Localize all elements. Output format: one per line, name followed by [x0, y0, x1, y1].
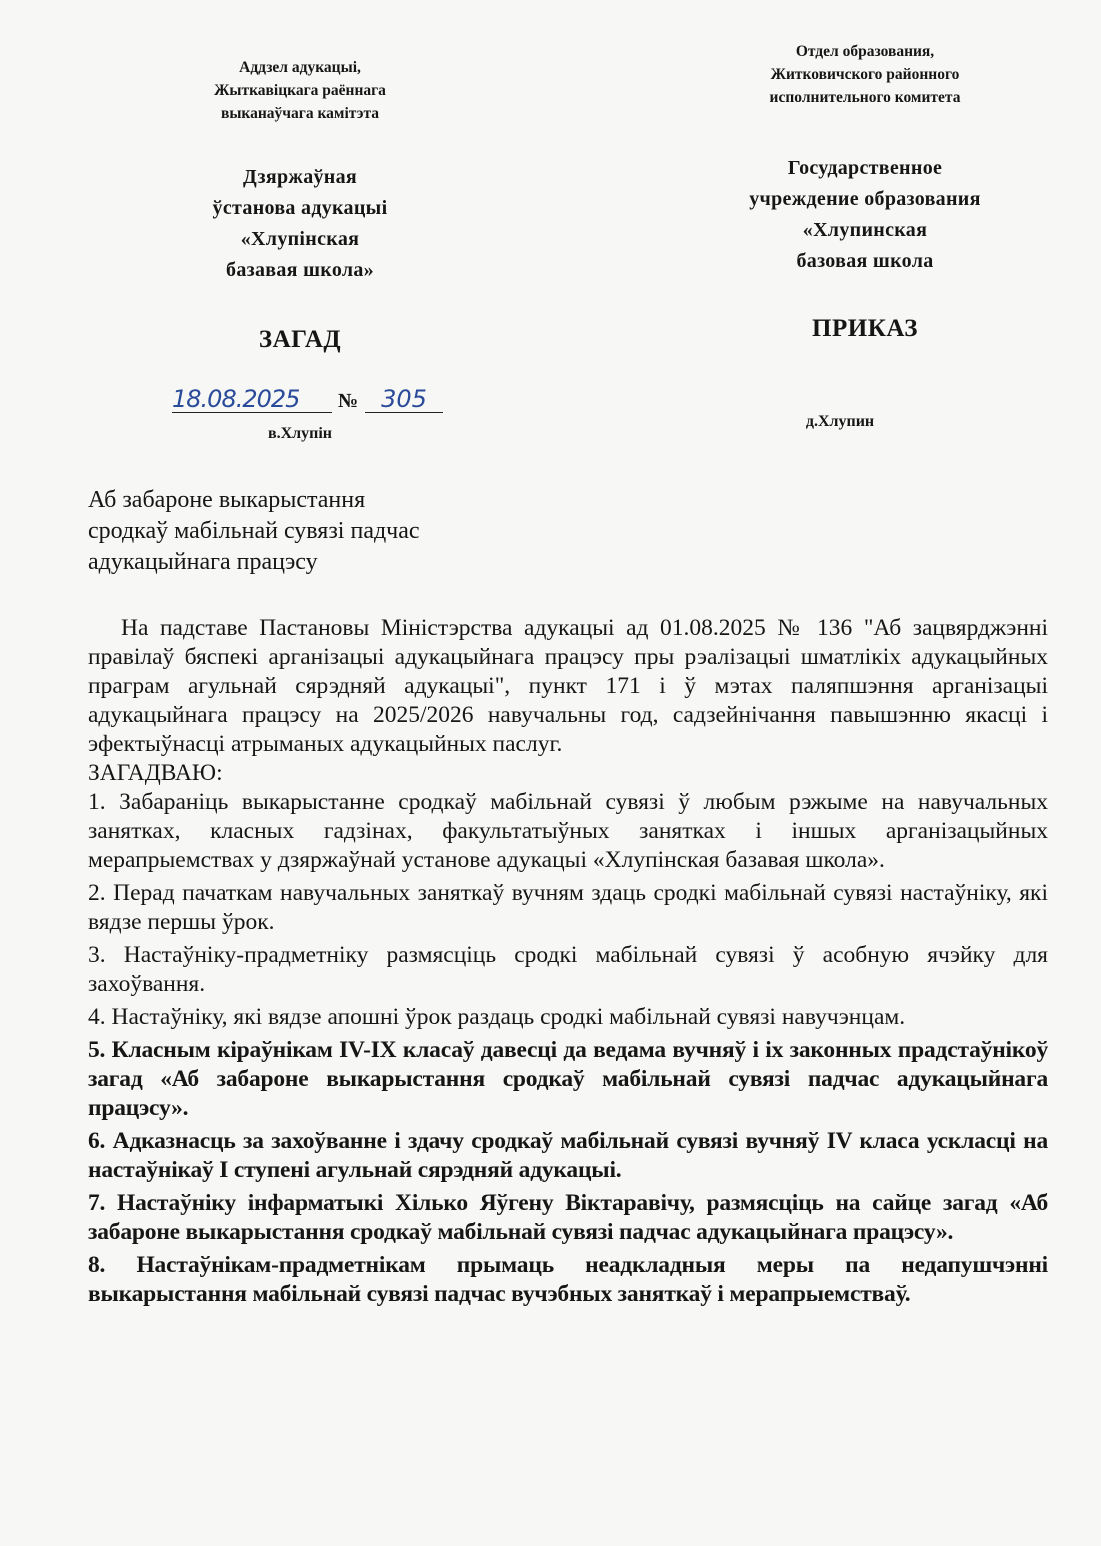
dept-line: исполнительного комитета — [700, 86, 1030, 109]
department-name-be: Аддзел адукацыі, Жыткавіцкага раённага в… — [150, 56, 450, 125]
institution-name-be: Дзяржаўная ўстанова адукацыі «Хлупінская… — [150, 162, 450, 286]
inst-line: Государственное — [700, 153, 1030, 184]
order-body: На падставе Пастановы Міністэрства адука… — [88, 614, 1048, 1313]
doc-type-ru: ПРИКАЗ — [700, 315, 1030, 343]
order-item: 2. Перад пачаткам навучальных заняткаў в… — [88, 879, 1048, 937]
date-number-line: 18.08.2025 № 305 — [172, 386, 444, 416]
order-item: 8. Настаўнікам-прадметнікам прымаць неад… — [88, 1251, 1048, 1309]
order-item: 1. Забараніць выкарыстанне сродкаў мабіл… — [88, 788, 1048, 875]
department-name-ru: Отдел образования, Житковичского районно… — [700, 40, 1030, 109]
directive-heading: ЗАГАДВАЮ: — [88, 759, 1048, 788]
inst-line: базовая школа — [700, 246, 1030, 277]
institution-name-ru: Государственное учреждение образования «… — [700, 153, 1030, 277]
inst-line: учреждение образования — [700, 184, 1030, 215]
dept-line: Житковичского районного — [700, 63, 1030, 86]
handwritten-date: 18.08.2025 — [172, 386, 332, 413]
inst-line: ўстанова адукацыі — [150, 193, 450, 224]
scanned-order-document: Аддзел адукацыі, Жыткавіцкага раённага в… — [0, 0, 1101, 1546]
place-ru: д.Хлупин — [740, 413, 940, 431]
subject-line: сродкаў мабільнай сувязі падчас — [88, 516, 548, 547]
inst-line: базавая школа» — [150, 255, 450, 286]
order-item: 5. Класным кіраўнікам IV-IX класаў давес… — [88, 1036, 1048, 1123]
place-be: в.Хлупін — [150, 425, 450, 443]
dept-line: Аддзел адукацыі, — [150, 56, 450, 79]
header-belarusian: Аддзел адукацыі, Жыткавіцкага раённага в… — [150, 56, 450, 354]
inst-line: «Хлупинская — [700, 215, 1030, 246]
order-subject: Аб забароне выкарыстання сродкаў мабільн… — [88, 485, 548, 578]
preamble: На падставе Пастановы Міністэрства адука… — [88, 614, 1048, 759]
order-item: 6. Адказнасць за захоўванне і здачу срод… — [88, 1127, 1048, 1185]
doc-type-be: ЗАГАД — [150, 326, 450, 354]
order-item: 7. Настаўніку інфарматыкі Хілько Яўгену … — [88, 1189, 1048, 1247]
subject-line: Аб забароне выкарыстання — [88, 485, 548, 516]
order-item: 3. Настаўніку-прадметніку размясціць сро… — [88, 941, 1048, 999]
dept-line: Жыткавіцкага раённага — [150, 79, 450, 102]
handwritten-number: 305 — [365, 386, 443, 413]
subject-line: адукацыйнага працэсу — [88, 547, 548, 578]
dept-line: выканаўчага камітэта — [150, 102, 450, 125]
inst-line: Дзяржаўная — [150, 162, 450, 193]
inst-line: «Хлупінская — [150, 224, 450, 255]
header-russian: Отдел образования, Житковичского районно… — [700, 40, 1030, 343]
number-sign: № — [338, 390, 358, 413]
order-items: 1. Забараніць выкарыстанне сродкаў мабіл… — [88, 788, 1048, 1309]
dept-line: Отдел образования, — [700, 40, 1030, 63]
order-item: 4. Настаўніку, які вядзе апошні ўрок раз… — [88, 1003, 1048, 1032]
